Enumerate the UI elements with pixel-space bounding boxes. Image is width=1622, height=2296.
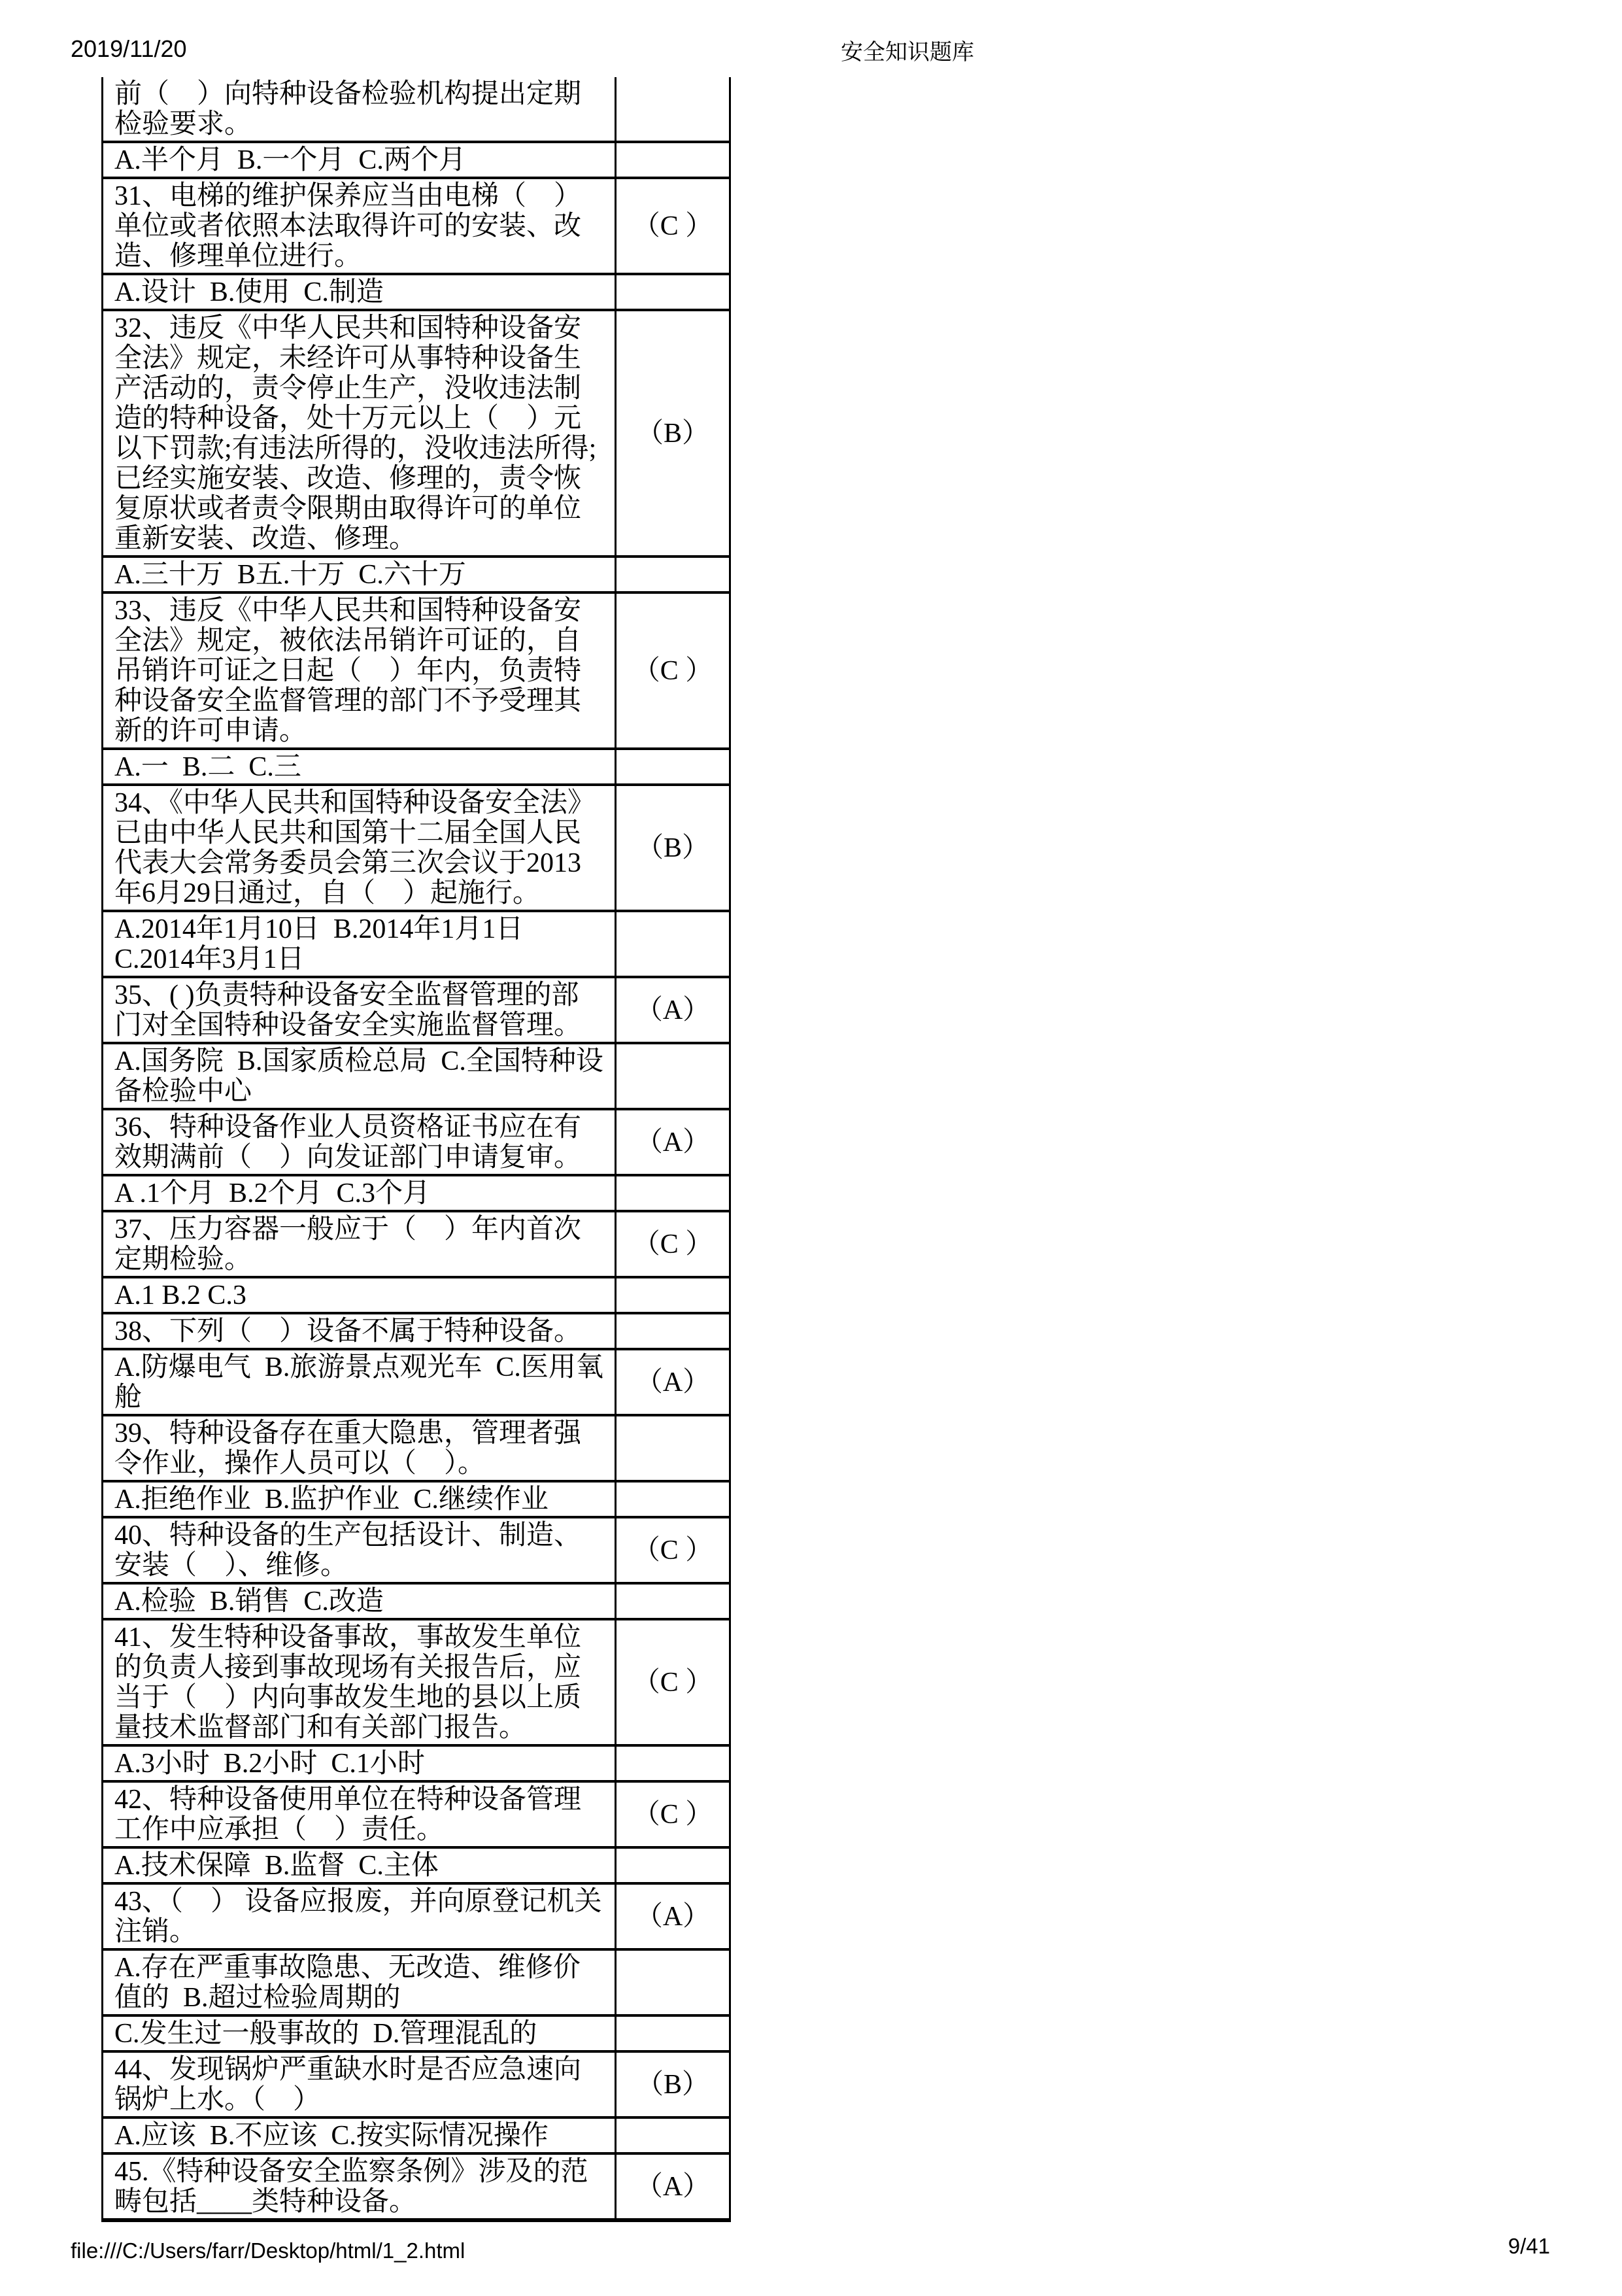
table-row: A.设计 B.使用 C.制造: [103, 274, 730, 310]
question-cell: 32、违反《中华人民共和国特种设备安全法》规定，未经许可从事特种设备生产活动的，…: [103, 310, 616, 557]
answer-cell: [616, 2117, 730, 2153]
table-row: A.存在严重事故隐患、无改造、维修价值的 B.超过检验周期的: [103, 1949, 730, 2015]
answer-cell: （A）: [616, 1349, 730, 1415]
answer-cell: [616, 1847, 730, 1883]
question-cell: 40、特种设备的生产包括设计、制造、安装（ ）、维修。: [103, 1517, 616, 1583]
answer-cell: （A）: [616, 1883, 730, 1949]
question-cell: 38、下列（ ）设备不属于特种设备。: [103, 1313, 616, 1349]
table-row: A.半个月 B.一个月 C.两个月: [103, 142, 730, 178]
table-row: 34、《中华人民共和国特种设备安全法》已由中华人民共和国第十二届全国人民代表大会…: [103, 785, 730, 911]
page-title: 安全知识题库: [841, 41, 974, 65]
answer-cell: （A）: [616, 1109, 730, 1175]
answer-cell: （B）: [616, 785, 730, 911]
question-cell: 33、违反《中华人民共和国特种设备安全法》规定，被依法吊销许可证的，自吊销许可证…: [103, 592, 616, 749]
question-cell: 44、发现锅炉严重缺水时是否应急速向锅炉上水。（ ）: [103, 2051, 616, 2117]
table-row: 43、（ ） 设备应报废，并向原登记机关注销。（A）: [103, 1883, 730, 1949]
question-cell: A.应该 B.不应该 C.按实际情况操作: [103, 2117, 616, 2153]
question-cell: 35、( )负责特种设备安全监督管理的部门对全国特种设备安全实施监督管理。: [103, 977, 616, 1043]
answer-cell: （B）: [616, 310, 730, 557]
question-cell: A.防爆电气 B.旅游景点观光车 C.医用氧舱: [103, 1349, 616, 1415]
page-number: 9/41: [1508, 2233, 1550, 2259]
table-row: 38、下列（ ）设备不属于特种设备。: [103, 1313, 730, 1349]
question-cell: 39、特种设备存在重大隐患，管理者强令作业，操作人员可以（ ）。: [103, 1415, 616, 1481]
file-url: file:///C:/Users/farr/Desktop/html/1_2.h…: [71, 2238, 465, 2264]
table-row: 42、特种设备使用单位在特种设备管理工作中应承担（ ）责任。（C ）: [103, 1781, 730, 1847]
answer-cell: [616, 1277, 730, 1313]
table-row: A.技术保障 B.监督 C.主体: [103, 1847, 730, 1883]
question-cell: 34、《中华人民共和国特种设备安全法》已由中华人民共和国第十二届全国人民代表大会…: [103, 785, 616, 911]
answer-cell: [616, 1481, 730, 1517]
table-row: A .1个月 B.2个月 C.3个月: [103, 1175, 730, 1211]
answer-cell: （C ）: [616, 1517, 730, 1583]
table-row: 33、违反《中华人民共和国特种设备安全法》规定，被依法吊销许可证的，自吊销许可证…: [103, 592, 730, 749]
table-row: 31、电梯的维护保养应当由电梯（ ）单位或者依照本法取得许可的安装、改造、修理单…: [103, 178, 730, 274]
table-row: A.三十万 B五.十万 C.六十万: [103, 557, 730, 592]
answer-cell: （A）: [616, 977, 730, 1043]
question-cell: 43、（ ） 设备应报废，并向原登记机关注销。: [103, 1883, 616, 1949]
question-cell: A.一 B.二 C.三: [103, 749, 616, 785]
question-cell: 36、特种设备作业人员资格证书应在有效期满前（ ）向发证部门申请复审。: [103, 1109, 616, 1175]
answer-cell: （B）: [616, 2051, 730, 2117]
question-cell: A.2014年1月10日 B.2014年1月1日 C.2014年3月1日: [103, 911, 616, 977]
question-cell: A.国务院 B.国家质检总局 C.全国特种设备检验中心: [103, 1043, 616, 1109]
table-row: 35、( )负责特种设备安全监督管理的部门对全国特种设备安全实施监督管理。（A）: [103, 977, 730, 1043]
answer-cell: （A）: [616, 2153, 730, 2220]
question-cell: A.1 B.2 C.3: [103, 1277, 616, 1313]
question-cell: C.发生过一般事故的 D.管理混乱的: [103, 2015, 616, 2051]
answer-cell: [616, 1415, 730, 1481]
answer-cell: [616, 142, 730, 178]
answer-cell: [616, 77, 730, 142]
table-row: A.1 B.2 C.3: [103, 1277, 730, 1313]
table-row: 44、发现锅炉严重缺水时是否应急速向锅炉上水。（ ）（B）: [103, 2051, 730, 2117]
answer-cell: [616, 1313, 730, 1349]
answer-cell: [616, 1043, 730, 1109]
question-cell: 45.《特种设备安全监察条例》涉及的范畴包括____类特种设备。: [103, 2153, 616, 2220]
answer-cell: [616, 1745, 730, 1781]
answer-cell: [616, 911, 730, 977]
question-cell: 37、压力容器一般应于（ ）年内首次定期检验。: [103, 1211, 616, 1277]
answer-cell: （C ）: [616, 178, 730, 274]
table-row: A.应该 B.不应该 C.按实际情况操作: [103, 2117, 730, 2153]
question-cell: A.技术保障 B.监督 C.主体: [103, 1847, 616, 1883]
table-row: 39、特种设备存在重大隐患，管理者强令作业，操作人员可以（ ）。: [103, 1415, 730, 1481]
table-row: A.3小时 B.2小时 C.1小时: [103, 1745, 730, 1781]
table-body: 前（ ）向特种设备检验机构提出定期检验要求。A.半个月 B.一个月 C.两个月3…: [103, 77, 730, 2220]
answer-cell: [616, 1175, 730, 1211]
answer-cell: （C ）: [616, 592, 730, 749]
table-row: A.2014年1月10日 B.2014年1月1日 C.2014年3月1日: [103, 911, 730, 977]
question-cell: A.存在严重事故隐患、无改造、维修价值的 B.超过检验周期的: [103, 1949, 616, 2015]
answer-cell: （C ）: [616, 1619, 730, 1745]
question-cell: A.设计 B.使用 C.制造: [103, 274, 616, 310]
question-table: 前（ ）向特种设备检验机构提出定期检验要求。A.半个月 B.一个月 C.两个月3…: [101, 77, 731, 2222]
question-cell: 41、发生特种设备事故，事故发生单位的负责人接到事故现场有关报告后，应当于（ ）…: [103, 1619, 616, 1745]
question-cell: A.拒绝作业 B.监护作业 C.继续作业: [103, 1481, 616, 1517]
answer-cell: （C ）: [616, 1781, 730, 1847]
question-cell: 前（ ）向特种设备检验机构提出定期检验要求。: [103, 77, 616, 142]
question-cell: A.检验 B.销售 C.改造: [103, 1583, 616, 1619]
answer-cell: [616, 749, 730, 785]
answer-cell: [616, 1583, 730, 1619]
table-row: A.检验 B.销售 C.改造: [103, 1583, 730, 1619]
table-row: A.一 B.二 C.三: [103, 749, 730, 785]
printed-page: 2019/11/20 安全知识题库 前（ ）向特种设备检验机构提出定期检验要求。…: [0, 0, 1622, 2296]
table-row: 前（ ）向特种设备检验机构提出定期检验要求。: [103, 77, 730, 142]
answer-cell: [616, 1949, 730, 2015]
answer-cell: （C ）: [616, 1211, 730, 1277]
question-cell: A .1个月 B.2个月 C.3个月: [103, 1175, 616, 1211]
print-date: 2019/11/20: [71, 37, 187, 61]
question-cell: A.半个月 B.一个月 C.两个月: [103, 142, 616, 178]
answer-cell: [616, 2015, 730, 2051]
table-row: A.国务院 B.国家质检总局 C.全国特种设备检验中心: [103, 1043, 730, 1109]
question-cell: A.3小时 B.2小时 C.1小时: [103, 1745, 616, 1781]
question-cell: 42、特种设备使用单位在特种设备管理工作中应承担（ ）责任。: [103, 1781, 616, 1847]
table-row: A.防爆电气 B.旅游景点观光车 C.医用氧舱（A）: [103, 1349, 730, 1415]
table-row: 36、特种设备作业人员资格证书应在有效期满前（ ）向发证部门申请复审。（A）: [103, 1109, 730, 1175]
table-row: 45.《特种设备安全监察条例》涉及的范畴包括____类特种设备。（A）: [103, 2153, 730, 2220]
table-row: 41、发生特种设备事故，事故发生单位的负责人接到事故现场有关报告后，应当于（ ）…: [103, 1619, 730, 1745]
table-row: C.发生过一般事故的 D.管理混乱的: [103, 2015, 730, 2051]
table-row: 40、特种设备的生产包括设计、制造、安装（ ）、维修。（C ）: [103, 1517, 730, 1583]
question-cell: A.三十万 B五.十万 C.六十万: [103, 557, 616, 592]
table-row: 37、压力容器一般应于（ ）年内首次定期检验。（C ）: [103, 1211, 730, 1277]
question-cell: 31、电梯的维护保养应当由电梯（ ）单位或者依照本法取得许可的安装、改造、修理单…: [103, 178, 616, 274]
table-row: A.拒绝作业 B.监护作业 C.继续作业: [103, 1481, 730, 1517]
table-row: 32、违反《中华人民共和国特种设备安全法》规定，未经许可从事特种设备生产活动的，…: [103, 310, 730, 557]
answer-cell: [616, 557, 730, 592]
answer-cell: [616, 274, 730, 310]
